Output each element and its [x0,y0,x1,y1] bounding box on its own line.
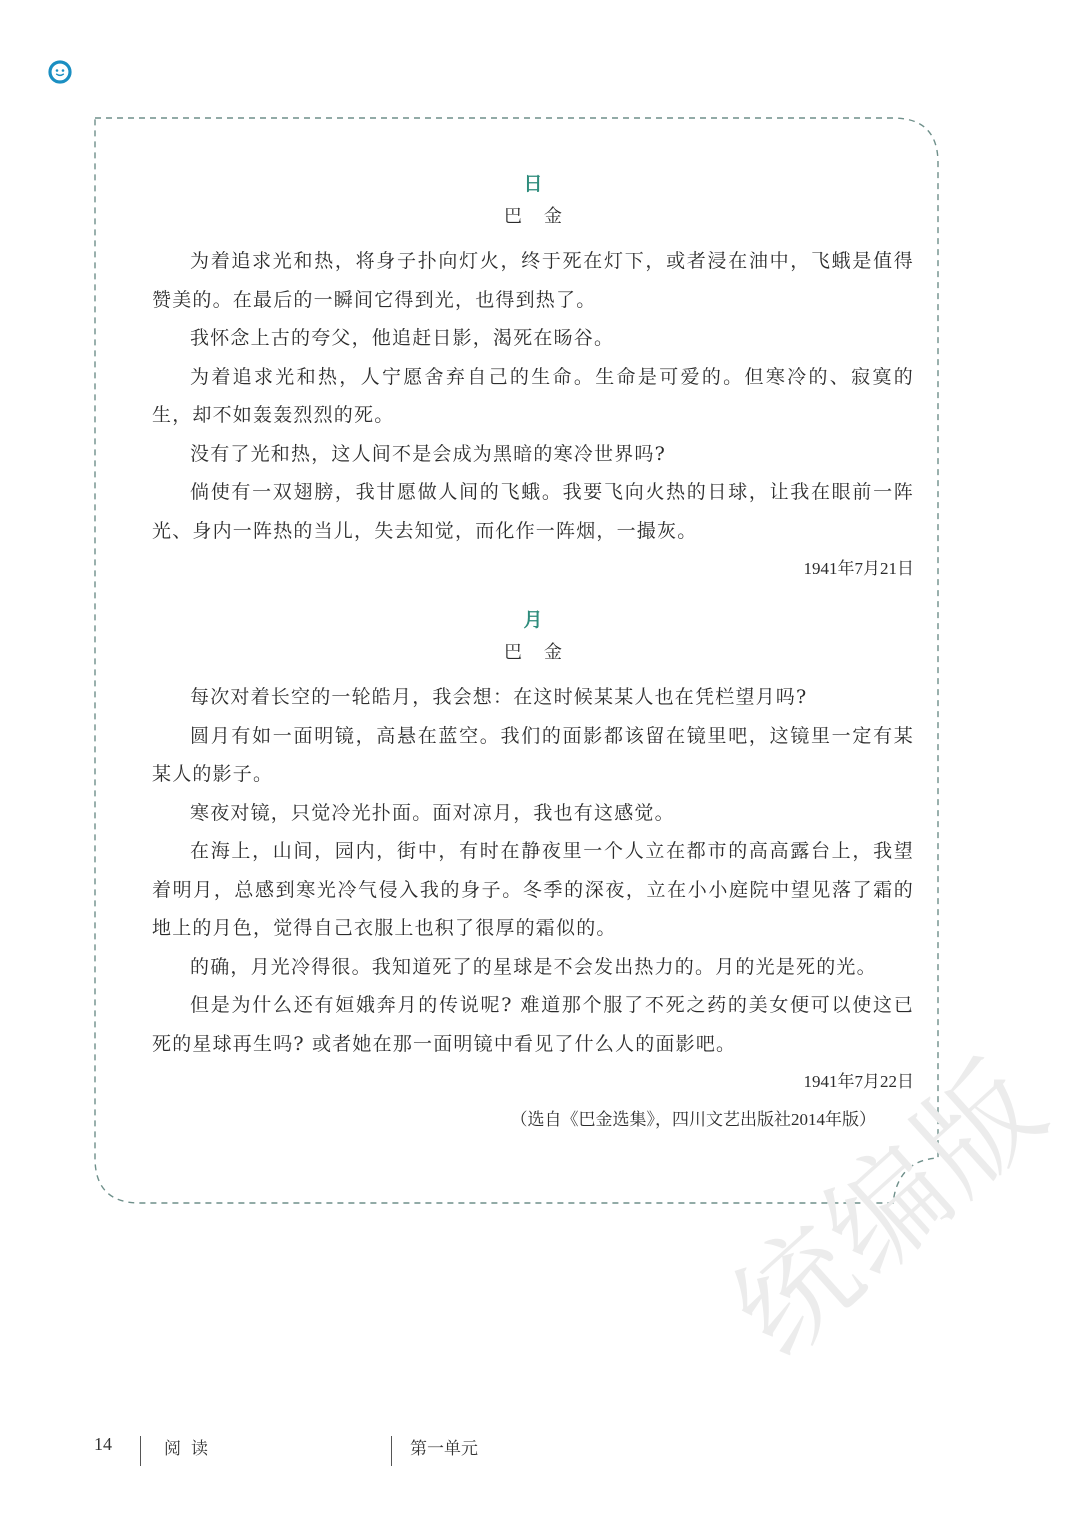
essay-author: 巴金 [152,200,914,242]
essay-moon: 月 巴金 每次对着长空的一轮皓月，我会想：在这时候某某人也在凭栏望月吗? 圆月有… [152,604,914,1101]
paragraph: 每次对着长空的一轮皓月，我会想：在这时候某某人也在凭栏望月吗? [152,678,914,717]
paragraph: 圆月有如一面明镜，高悬在蓝空。我们的面影都该留在镜里吧，这镜里一定有某某人的影子… [152,717,914,794]
paragraph: 在海上，山间，园内，街中，有时在静夜里一个人立在都市的高高露台上，我望着明月，总… [152,832,914,948]
paragraph: 但是为什么还有姮娥奔月的传说呢? 难道那个服了不死之药的美女便可以使这已死的星球… [152,986,914,1063]
essay-date: 1941年7月21日 [152,550,914,588]
footer-unit-label: 第一单元 [410,1434,478,1459]
footer-divider [140,1436,141,1466]
essay-date: 1941年7月22日 [152,1063,914,1101]
smiley-icon [48,60,72,84]
footer-divider [391,1436,392,1466]
section-gap [152,588,914,604]
paragraph: 我怀念上古的夸父，他追赶日影，渴死在旸谷。 [152,319,914,358]
paragraph: 的确，月光冷得很。我知道死了的星球是不会发出热力的。月的光是死的光。 [152,948,914,987]
paragraph: 寒夜对镜，只觉冷光扑面。面对凉月，我也有这感觉。 [152,794,914,833]
source-citation: （选自《巴金选集》，四川文艺出版社2014年版） [152,1101,914,1139]
document-body: 日 巴金 为着追求光和热，将身子扑向灯火，终于死在灯下，或者浸在油中，飞蛾是值得… [152,168,914,1139]
paragraph: 为着追求光和热，人宁愿舍弃自己的生命。生命是可爱的。但寒冷的、寂寞的生，却不如轰… [152,358,914,435]
paragraph: 没有了光和热，这人间不是会成为黑暗的寒冷世界吗? [152,435,914,474]
essay-title: 日 [152,168,914,200]
paragraph: 为着追求光和热，将身子扑向灯火，终于死在灯下，或者浸在油中，飞蛾是值得赞美的。在… [152,242,914,319]
paragraph: 倘使有一双翅膀，我甘愿做人间的飞蛾。我要飞向火热的日球，让我在眼前一阵光、身内一… [152,473,914,550]
essay-sun: 日 巴金 为着追求光和热，将身子扑向灯火，终于死在灯下，或者浸在油中，飞蛾是值得… [152,168,914,588]
essay-author: 巴金 [152,636,914,678]
page-number: 14 [94,1434,112,1455]
page-footer: 14 阅读 第一单元 [0,1426,1080,1466]
essay-title: 月 [152,604,914,636]
footer-section-label: 阅读 [164,1434,218,1459]
